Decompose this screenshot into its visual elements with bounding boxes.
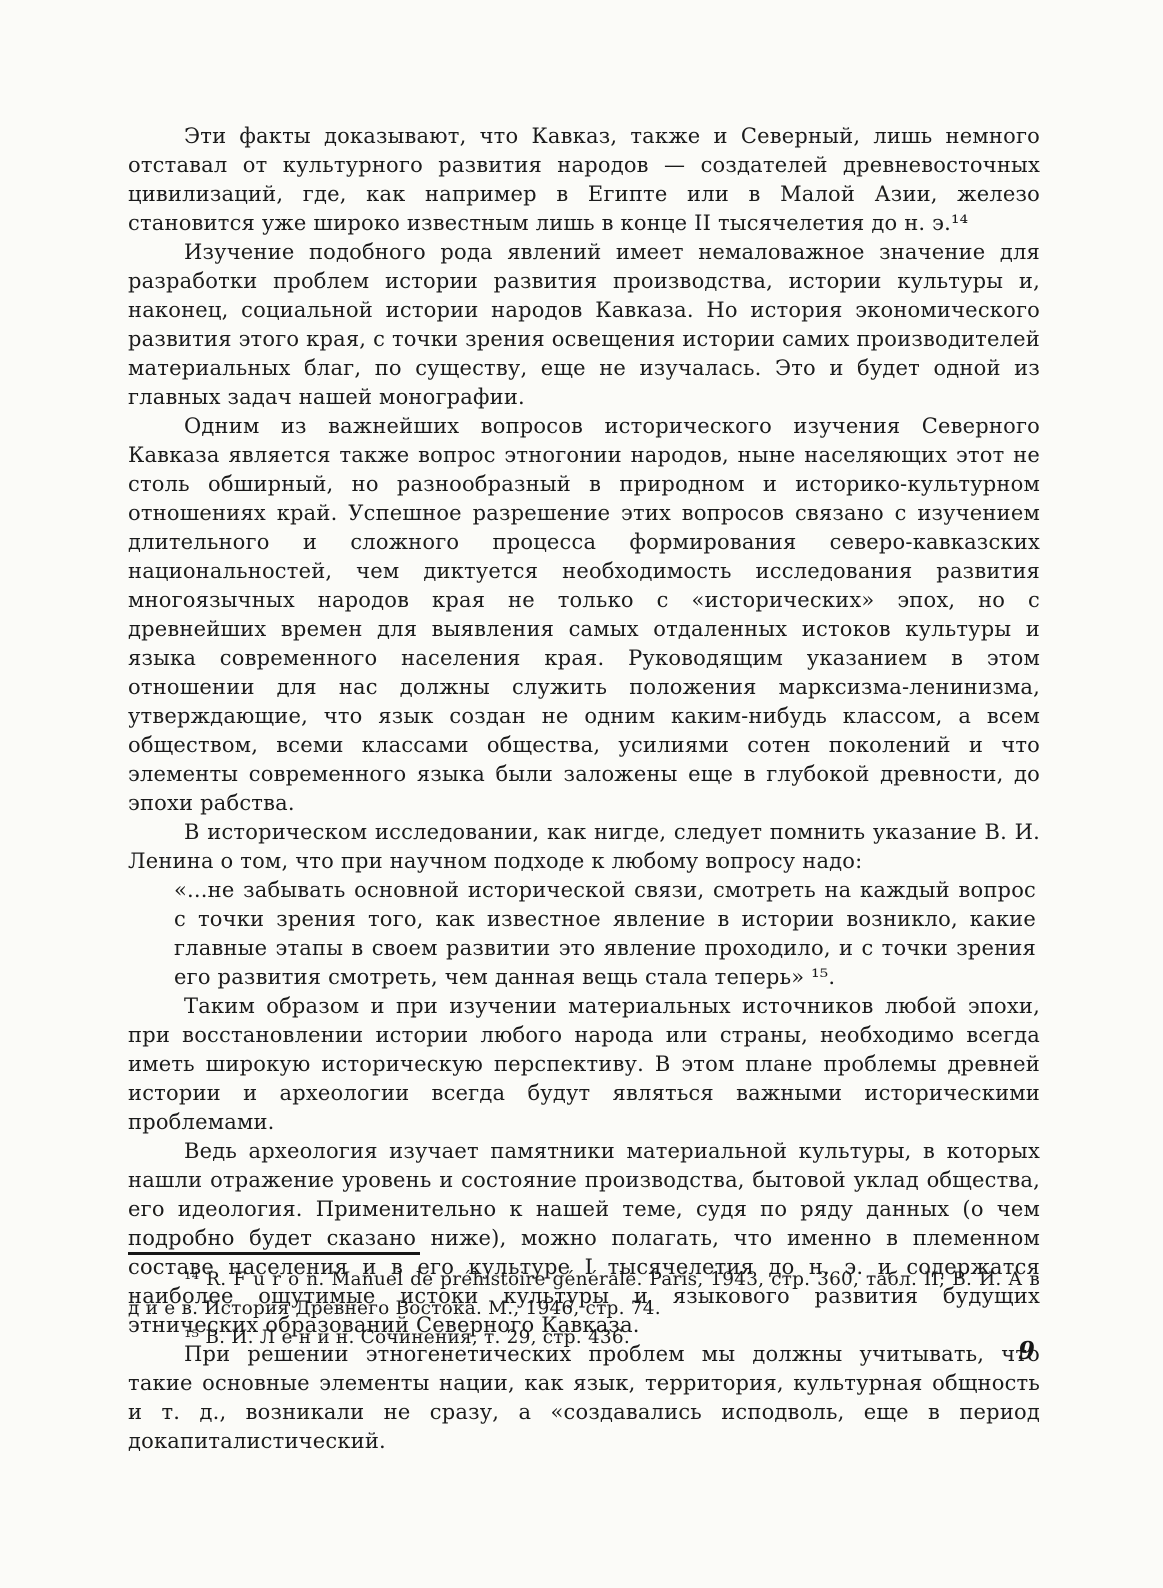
paragraph-lenin-intro: В историческом исследовании, как нигде, … <box>128 818 1040 876</box>
paragraph-ethnogenetic-problems: При решении этногенетических проблем мы … <box>128 1340 1040 1456</box>
footnote-15: ¹⁵ В. И. Л е н и н. Сочинения, т. 29, ст… <box>128 1323 1040 1352</box>
paragraph-study-significance: Изучение подобного рода явлений имеет не… <box>128 238 1040 412</box>
page-number: 9 <box>1018 1336 1035 1365</box>
footnotes-section: ¹⁴ R. F u r o n. Manuel de préhistoire g… <box>128 1252 1040 1352</box>
paragraph-historical-perspective: Таким образом и при изучении материальны… <box>128 992 1040 1137</box>
lenin-quote-block: «...не забывать основной исторической св… <box>174 876 1036 992</box>
book-page: Эти факты доказывают, что Кавказ, также … <box>0 0 1163 1588</box>
paragraph-iron-age-facts: Эти факты доказывают, что Кавказ, также … <box>128 122 1040 238</box>
footnote-separator-rule <box>128 1252 420 1255</box>
paragraph-ethnogony-question: Одним из важнейших вопросов историческог… <box>128 412 1040 818</box>
footnote-14: ¹⁴ R. F u r o n. Manuel de préhistoire g… <box>128 1265 1040 1323</box>
